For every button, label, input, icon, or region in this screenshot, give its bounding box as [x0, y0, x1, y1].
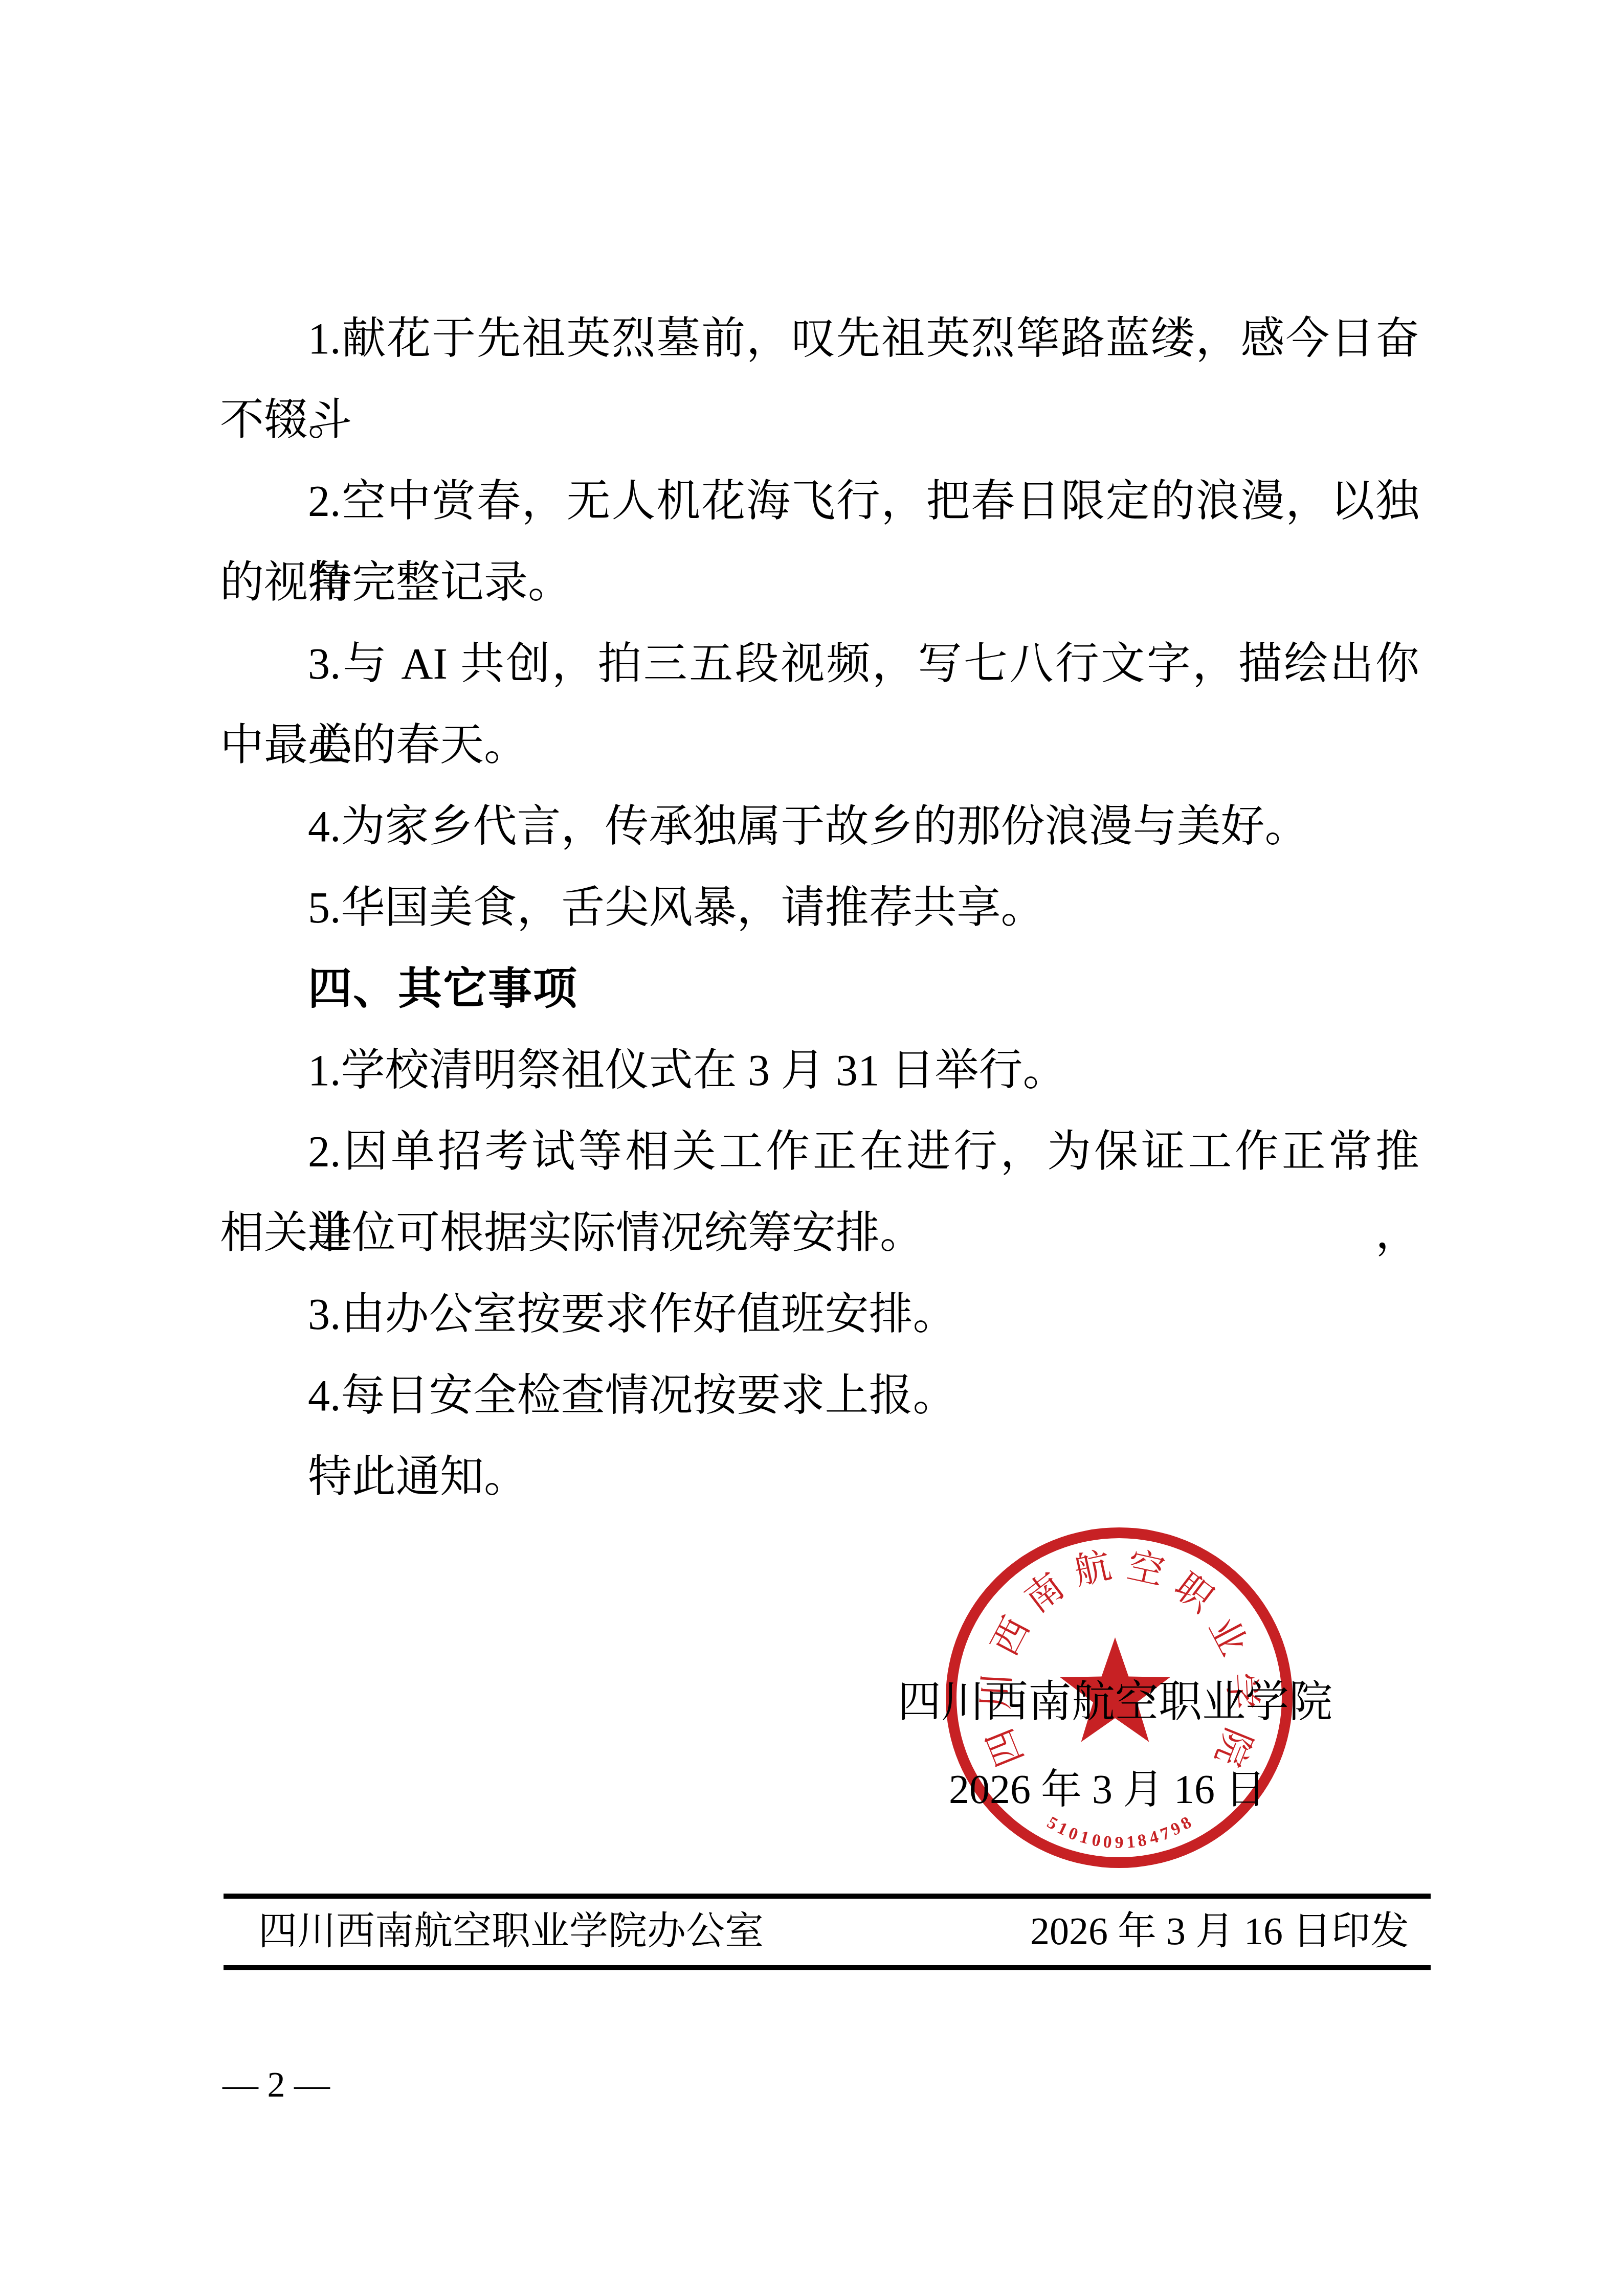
body-line: 的视角完整记录。: [220, 542, 1419, 623]
body-line: 3.与 AI 共创，拍三五段视频，写七八行文字，描绘出你心: [220, 623, 1419, 705]
seal-arc-char: 空: [1124, 1547, 1168, 1591]
body-line: 2.因单招考试等相关工作正在进行，为保证工作正常推进，: [220, 1111, 1419, 1192]
footer-rule-top: [224, 1894, 1431, 1899]
document-body: 1.献花于先祖英烈墓前，叹先祖英烈筚路蓝缕，感今日奋斗不辍。2.空中赏春，无人机…: [220, 298, 1419, 1518]
footer-print-date: 2026 年 3 月 16 日印发: [1030, 1903, 1431, 1960]
document-page: 1.献花于先祖英烈墓前，叹先祖英烈筚路蓝缕，感今日奋斗不辍。2.空中赏春，无人机…: [0, 0, 1624, 2296]
body-line: 特此通知。: [220, 1436, 1419, 1518]
body-line: 中最美的春天。: [220, 705, 1419, 786]
body-line: 四、其它事项: [220, 949, 1419, 1030]
footer-row: 四川西南航空职业学院办公室 2026 年 3 月 16 日印发: [224, 1903, 1431, 1960]
footer-rule-bottom: [224, 1965, 1431, 1970]
page-number: — 2 —: [205, 2060, 348, 2111]
body-line: 5.华国美食，舌尖风暴，请推荐共享。: [220, 867, 1419, 949]
body-line: 4.为家乡代言，传承独属于故乡的那份浪漫与美好。: [220, 786, 1419, 867]
body-line: 2.空中赏春，无人机花海飞行，把春日限定的浪漫，以独特: [220, 461, 1419, 542]
body-line: 4.每日安全检查情况按要求上报。: [220, 1355, 1419, 1436]
body-line: 1.学校清明祭祖仪式在 3 月 31 日举行。: [220, 1030, 1419, 1111]
footer-office: 四川西南航空职业学院办公室: [224, 1903, 764, 1960]
signature-date: 2026 年 3 月 16 日: [877, 1762, 1338, 1818]
body-line: 不辍。: [220, 379, 1419, 461]
body-line: 3.由办公室按要求作好值班安排。: [220, 1274, 1419, 1355]
body-line: 1.献花于先祖英烈墓前，叹先祖英烈筚路蓝缕，感今日奋斗: [220, 298, 1419, 379]
seal-arc-char: 航: [1071, 1547, 1115, 1591]
signature-issuer: 四川西南航空职业学院: [895, 1674, 1335, 1730]
